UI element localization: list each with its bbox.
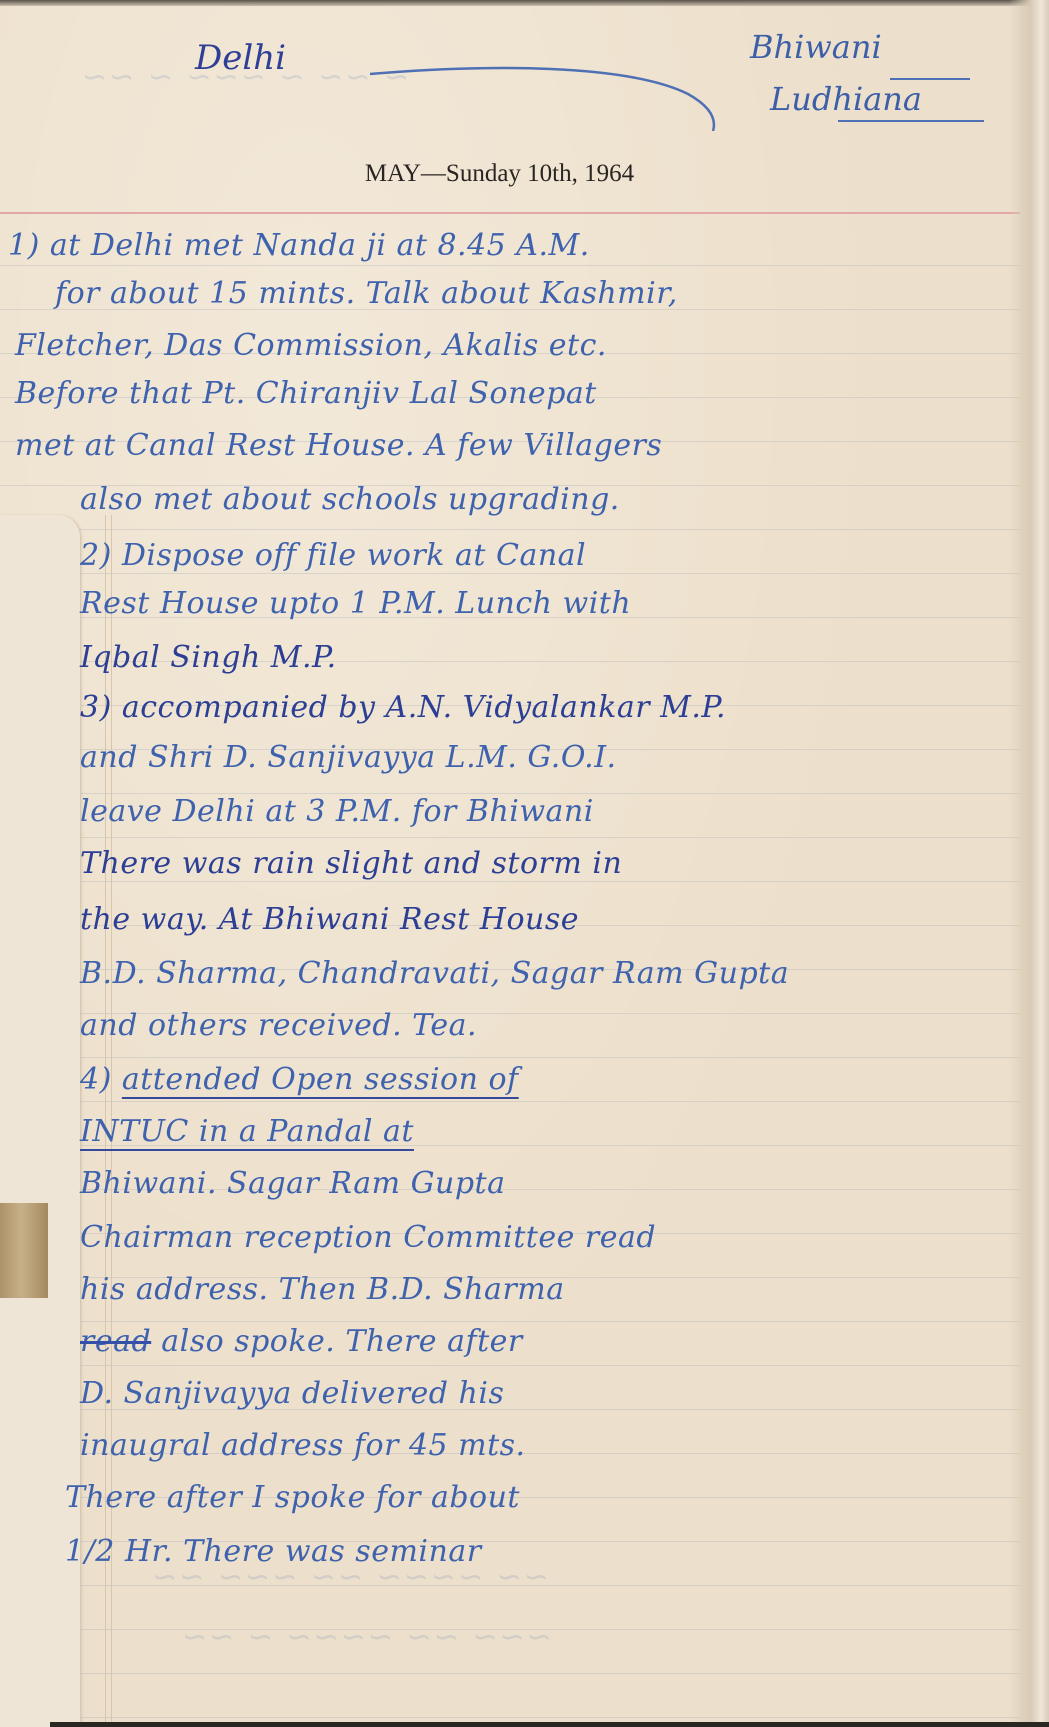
entry-line-26: 1/2 Hr. There was seminar — [65, 1530, 482, 1574]
bleed-through-text: ~~~ ~~ ~~~~ ~ ~~ — [180, 1620, 552, 1655]
entry-line-10: 3) accompanied by A.N. Vidyalankar M.P. — [80, 686, 726, 730]
entry-line-7: 2) Dispose off file work at Canal — [80, 534, 586, 578]
underline — [838, 120, 984, 122]
entry-line-3: Fletcher, Das Commission, Akalis etc. — [15, 324, 607, 368]
entry-line-5: met at Canal Rest House. A few Villagers — [15, 424, 662, 468]
adhesive-tape — [0, 1203, 48, 1298]
entry-line-22: read also spoke. There after — [80, 1320, 523, 1364]
red-header-rule — [0, 212, 1020, 214]
route-arrow-icon — [368, 66, 718, 131]
route-from: Delhi — [195, 38, 286, 78]
entry-line-17: 4) attended Open session of — [80, 1058, 519, 1102]
page-bottom-edge — [50, 1722, 1049, 1727]
entry-line-11: and Shri D. Sanjivayya L.M. G.O.I. — [80, 736, 617, 780]
route-to-ludhiana: Ludhiana — [770, 80, 922, 118]
entry-line-2: for about 15 mints. Talk about Kashmir, — [55, 272, 678, 316]
date-text: MAY—Sunday 10th, 1964 — [365, 160, 634, 188]
entry-line-15: B.D. Sharma, Chandravati, Sagar Ram Gupt… — [80, 952, 789, 996]
route-to-bhiwani: Bhiwani — [750, 28, 882, 66]
entry-line-14: the way. At Bhiwani Rest House — [80, 898, 579, 942]
entry-line-23: D. Sanjivayya delivered his — [80, 1372, 504, 1416]
entry-line-8: Rest House upto 1 P.M. Lunch with — [80, 582, 631, 626]
entry-line-4: Before that Pt. Chiranjiv Lal Sonepat — [15, 372, 597, 416]
printed-date-heading: MAY—Sunday 10th, 1964 — [0, 160, 1049, 188]
entry-line-24: inaugral address for 45 mts. — [80, 1424, 526, 1468]
entry-line-20: Chairman reception Committee read — [80, 1216, 656, 1260]
entry-line-13: There was rain slight and storm in — [80, 842, 622, 886]
struck-word: read — [80, 1324, 151, 1359]
page-binding-shadow — [1009, 0, 1049, 1727]
entry-line-25: There after I spoke for about — [65, 1476, 520, 1520]
entry-line-19: Bhiwani. Sagar Ram Gupta — [80, 1162, 506, 1206]
entry-line-16: and others received. Tea. — [80, 1004, 477, 1048]
entry-line-1: 1) at Delhi met Nanda ji at 8.45 A.M. — [8, 224, 590, 268]
entry-line-9: Iqbal Singh M.P. — [80, 636, 337, 680]
entry-line-6: also met about schools upgrading. — [80, 478, 620, 522]
entry-line-18: INTUC in a Pandal at — [80, 1110, 414, 1154]
entry-line-12: leave Delhi at 3 P.M. for Bhiwani — [80, 790, 594, 834]
entry-line-21: his address. Then B.D. Sharma — [80, 1268, 565, 1312]
